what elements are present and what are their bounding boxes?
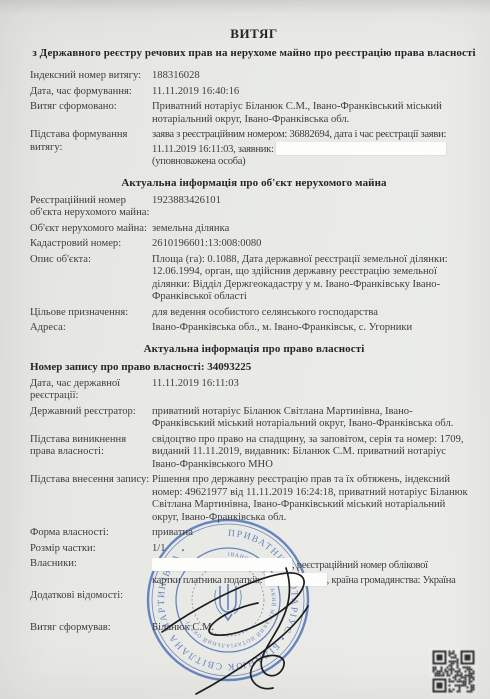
field-value-line: 11.11.2019 16:11:03, заявник:: [152, 142, 474, 157]
field-value: приватна: [152, 527, 478, 540]
field-label: Цільове призначення:: [30, 307, 152, 320]
field-row: Дата, час державної реєстрації:11.11.201…: [30, 378, 478, 403]
field-value: Приватний нотаріус Біланюк С.М., Івано-Ф…: [152, 101, 478, 126]
field-value: свідоцтво про право на спадщину, за запо…: [152, 434, 478, 472]
document-title: ВИТЯГ: [30, 26, 478, 42]
field-row: Кадастровий номер:2610196601:13:008:0080: [30, 238, 478, 251]
value-text: 11.11.2019 16:11:03, заявник:: [152, 144, 276, 155]
field-row: Підстава виникнення права власності:свід…: [30, 434, 478, 472]
field-value: 2610196601:13:008:0080: [152, 238, 478, 251]
field-value-line: заява з реєстраційним номером: 36882694,…: [152, 129, 474, 142]
section-header: Актуальна інформація про об'єкт нерухомо…: [30, 177, 478, 189]
field-label: Реєстраційний номер об'єкта нерухомого м…: [30, 195, 152, 220]
field-value: заява з реєстраційним номером: 36882694,…: [152, 129, 478, 169]
field-row: Дата, час формування:11.11.2019 16:40:16: [30, 86, 478, 99]
qr-code: [430, 648, 477, 695]
field-value-line: (уповноважена особа): [152, 156, 474, 169]
field-value: для ведення особистого селянського госпо…: [152, 307, 478, 320]
field-label: Індексний номер витягу:: [30, 70, 152, 83]
field-row: Цільове призначення:для ведення особисто…: [30, 307, 478, 320]
handwritten-signature: [130, 540, 350, 699]
field-value: 188316028: [152, 70, 478, 83]
field-row: Адреса:Івано-Франківська обл., м. Івано-…: [30, 322, 478, 335]
field-label: Дата, час державної реєстрації:: [30, 378, 152, 403]
field-value: 1923883426101: [152, 195, 478, 208]
value-text: заява з реєстраційним номером: 36882694,…: [152, 129, 446, 140]
field-row: Підстава формування витягу:заява з реєст…: [30, 129, 478, 169]
field-value: 11.11.2019 16:11:03: [152, 378, 478, 391]
field-label: Підстава формування витягу:: [30, 129, 152, 154]
field-label: Форма власності:: [30, 527, 152, 540]
field-row: Індексний номер витягу:188316028: [30, 70, 478, 83]
field-label: Адреса:: [30, 322, 152, 335]
section-header: Актуальна інформація про право власності: [30, 343, 478, 355]
field-label: Об'єкт нерухомого майна:: [30, 223, 152, 236]
field-row: Реєстраційний номер об'єкта нерухомого м…: [30, 195, 478, 220]
field-label: Підстава виникнення права власності:: [30, 434, 152, 459]
record-number-line: Номер запису про право власності: 340932…: [30, 361, 478, 373]
field-value: земельна ділянка: [152, 223, 478, 236]
field-label: Державний реєстратор:: [30, 406, 152, 419]
field-label: Кадастровий номер:: [30, 238, 152, 251]
field-label: Підстава внесення запису:: [30, 474, 152, 487]
field-value: Рішення про державну реєстрацію прав та …: [152, 474, 478, 524]
field-row: Підстава внесення запису:Рішення про дер…: [30, 474, 478, 524]
field-row: Опис об'єкта:Площа (га): 0.1088, Дата де…: [30, 254, 478, 304]
field-row: Об'єкт нерухомого майна:земельна ділянка: [30, 223, 478, 236]
value-text: (уповноважена особа): [152, 156, 245, 167]
field-value: Івано-Франківська обл., м. Івано-Франків…: [152, 322, 478, 335]
document-subtitle: з Державного реєстру речових прав на нер…: [30, 47, 478, 59]
field-value: Площа (га): 0.1088, Дата державної реєст…: [152, 254, 478, 304]
redaction-box: [276, 142, 446, 155]
field-value: приватний нотаріус Біланюк Світлана Март…: [152, 406, 478, 431]
field-label: Опис об'єкта:: [30, 254, 152, 267]
field-label: Витяг сформовано:: [30, 101, 152, 114]
field-row: Форма власності:приватна: [30, 527, 478, 540]
field-row: Державний реєстратор:приватний нотаріус …: [30, 406, 478, 431]
field-label: Дата, час формування:: [30, 86, 152, 99]
field-value: 11.11.2019 16:40:16: [152, 86, 478, 99]
field-row: Витяг сформовано:Приватний нотаріус Біла…: [30, 101, 478, 126]
